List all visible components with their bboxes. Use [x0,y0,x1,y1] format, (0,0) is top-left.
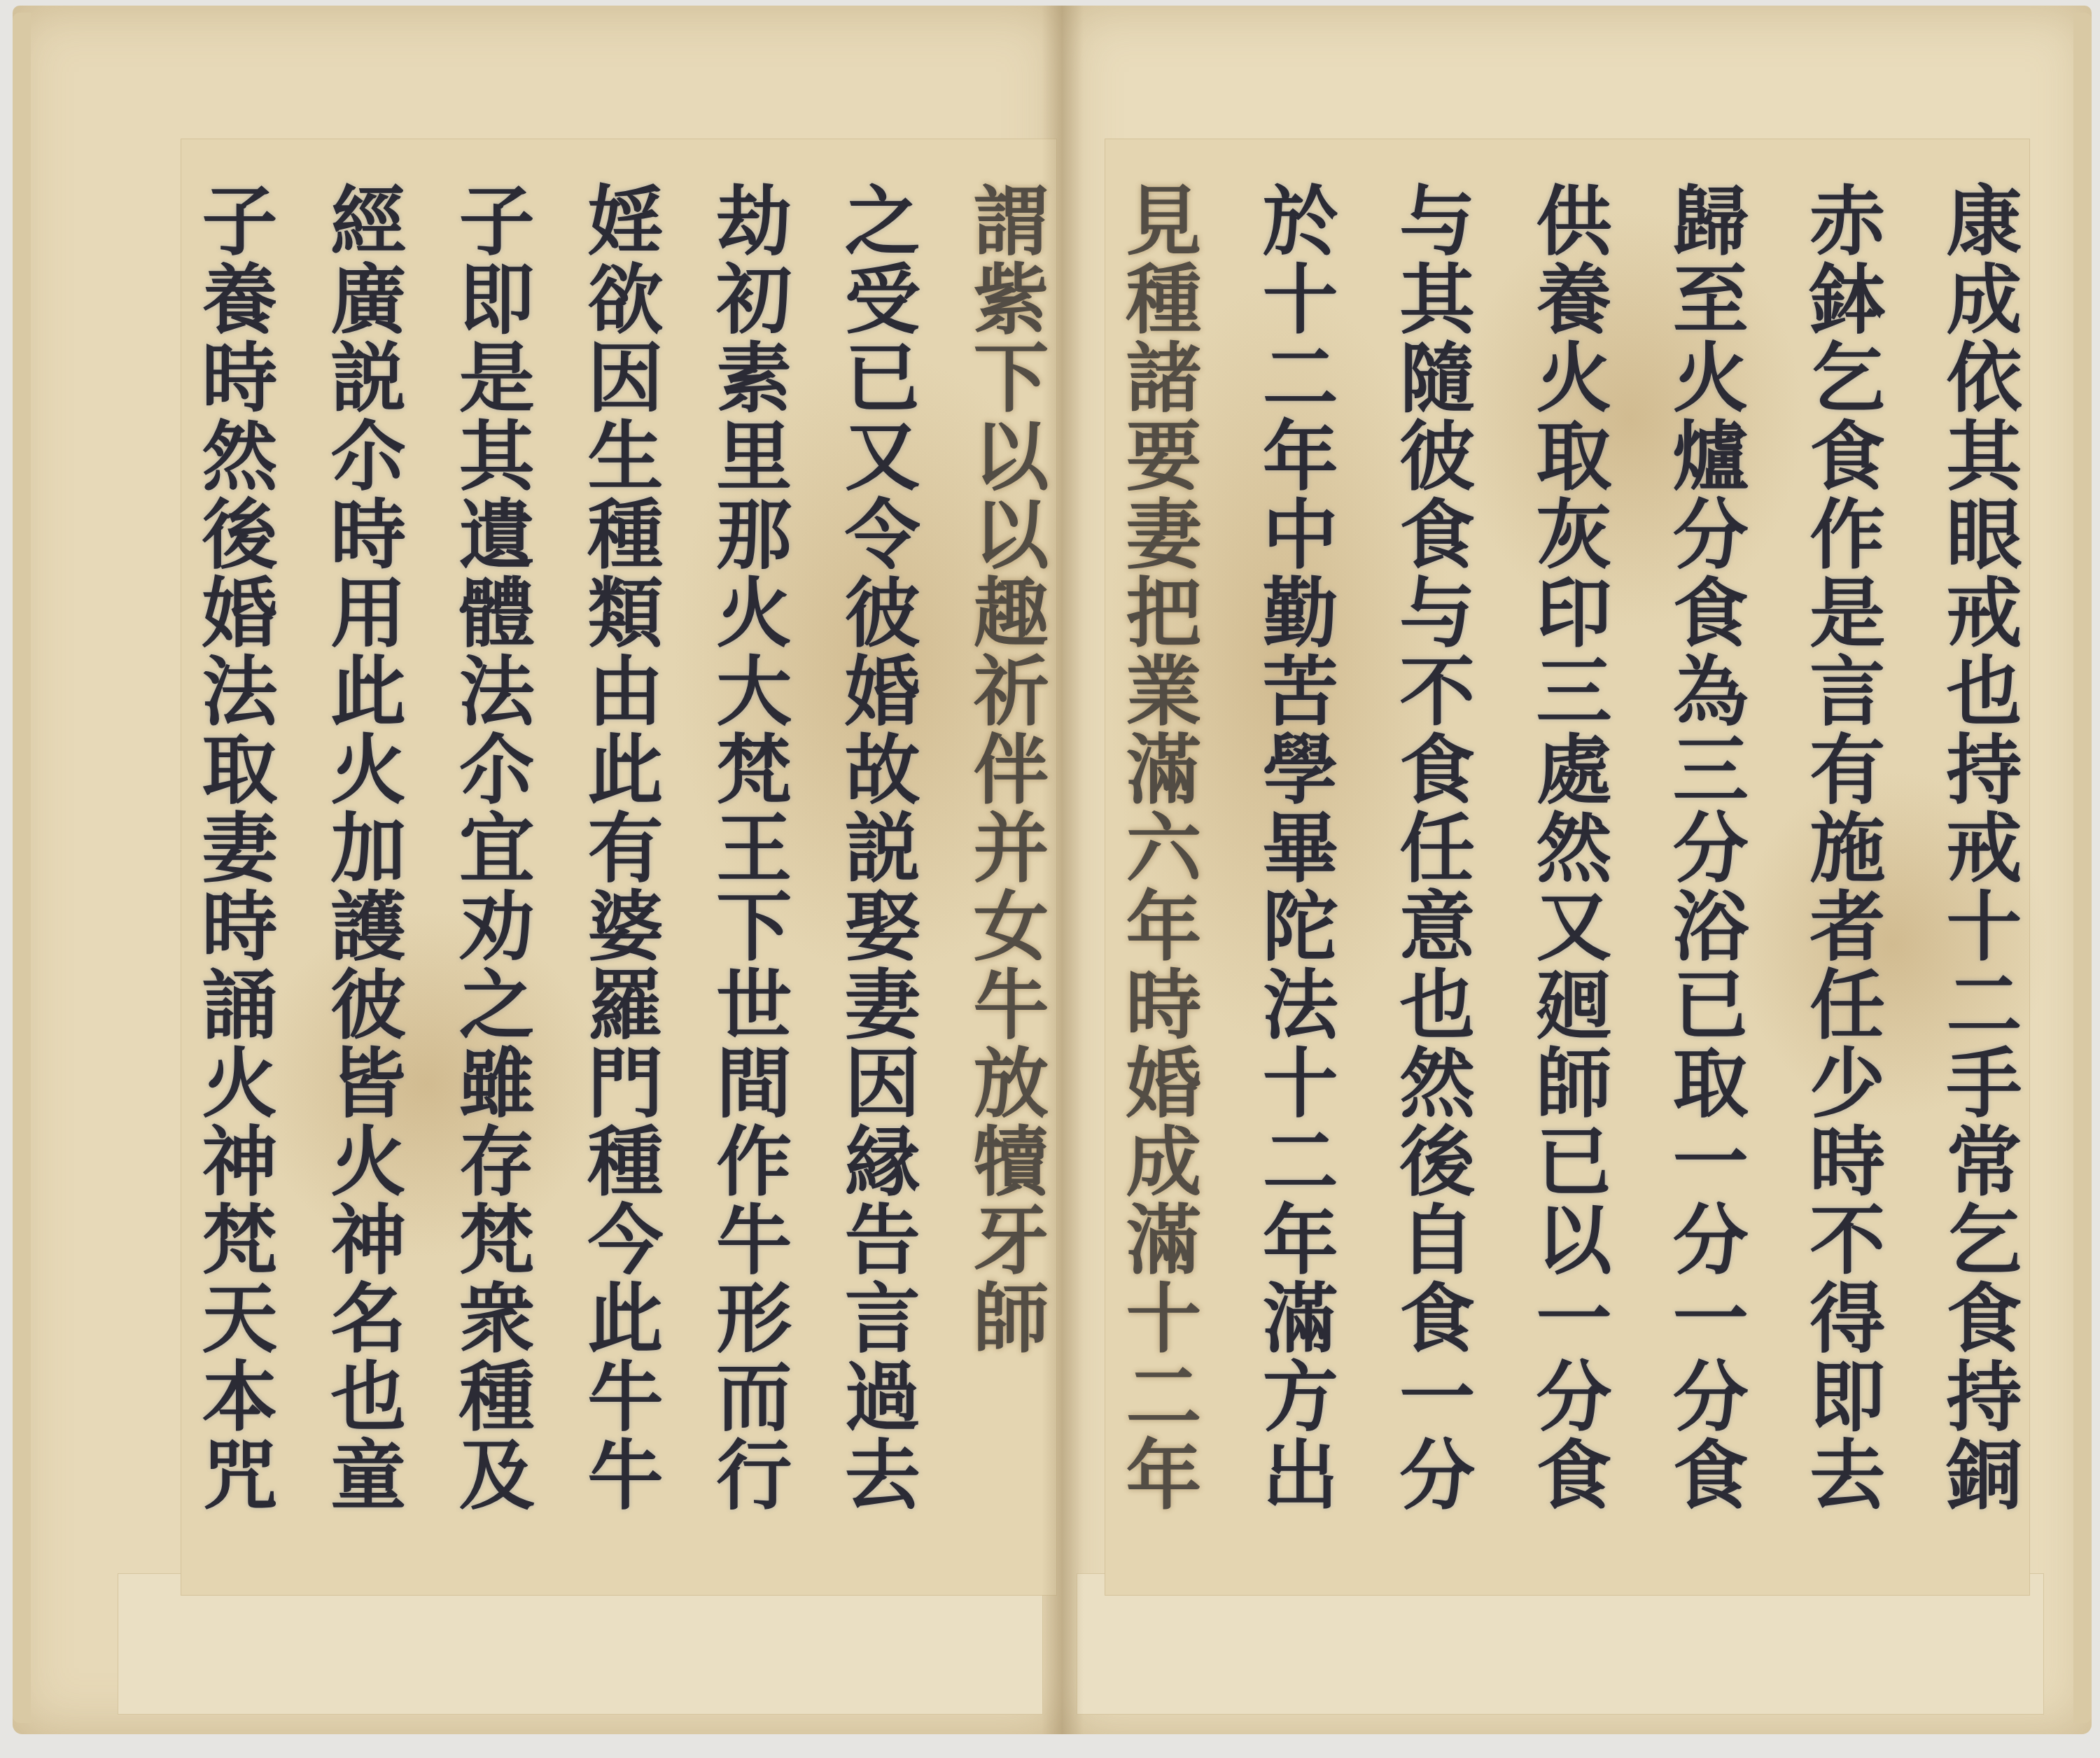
text-column: 經廣説尒時用此火加護彼皆火神名也童 [324,181,400,1567]
text-column: 謂紫下以以趣祈伴并女牛放犢牙師 [967,181,1042,1567]
text-column: 婬欲因生種類由此有婆羅門種今此牛牛 [581,181,657,1567]
text-column: 子即是其遺體法尒宜劝之雖存梵衆種及 [452,181,528,1567]
text-columns: 謂紫下以以趣祈伴并女牛放犢牙師 之受已又令彼婚故説娶妻因縁告言過去 劫初素里那火… [195,181,1042,1567]
text-column: 於十二年中勤苦學畢陀法十二年滿方出 [1256,181,1331,1567]
book-gutter [1042,6,1084,1734]
text-column: 歸至火爐分食為三分浴已取一分一分食 [1666,181,1742,1567]
right-page: 康成依其眼戒也持戒十二手常乞食持銅 赤鉢乞食作是言有施者任少時不得即去 歸至火爐… [1063,6,2092,1734]
left-page: 謂紫下以以趣祈伴并女牛放犢牙師 之受已又令彼婚故説娶妻因縁告言過去 劫初素里那火… [13,6,1063,1734]
text-column: 見種諸要妻把業滿六年時婚成滿十二年 [1119,181,1195,1567]
text-block: 謂紫下以以趣祈伴并女牛放犢牙師 之受已又令彼婚故説娶妻因縁告言過去 劫初素里那火… [181,139,1057,1596]
text-column: 之受已又令彼婚故説娶妻因縁告言過去 [838,181,913,1567]
text-column: 供養火取灰印三處然又𢌞師已以一分食 [1529,181,1605,1567]
text-columns: 康成依其眼戒也持戒十二手常乞食持銅 赤鉢乞食作是言有施者任少時不得即去 歸至火爐… [1119,181,2015,1567]
text-column: 与其隨彼食与不食任意也然後自食一分 [1393,181,1469,1567]
page-edge [13,13,31,1723]
open-book: 謂紫下以以趣祈伴并女牛放犢牙師 之受已又令彼婚故説娶妻因縁告言過去 劫初素里那火… [13,6,2099,1741]
text-column: 康成依其眼戒也持戒十二手常乞食持銅 [1940,181,2015,1567]
text-column: 赤鉢乞食作是言有施者任少時不得即去 [1803,181,1879,1567]
text-column: 子養時然後婚法取妻時誦火神梵天本咒 [195,181,271,1567]
text-block: 康成依其眼戒也持戒十二手常乞食持銅 赤鉢乞食作是言有施者任少時不得即去 歸至火爐… [1105,139,2030,1596]
text-column: 劫初素里那火大梵王下世間作牛形而行 [710,181,785,1567]
page-edge [2073,13,2092,1723]
